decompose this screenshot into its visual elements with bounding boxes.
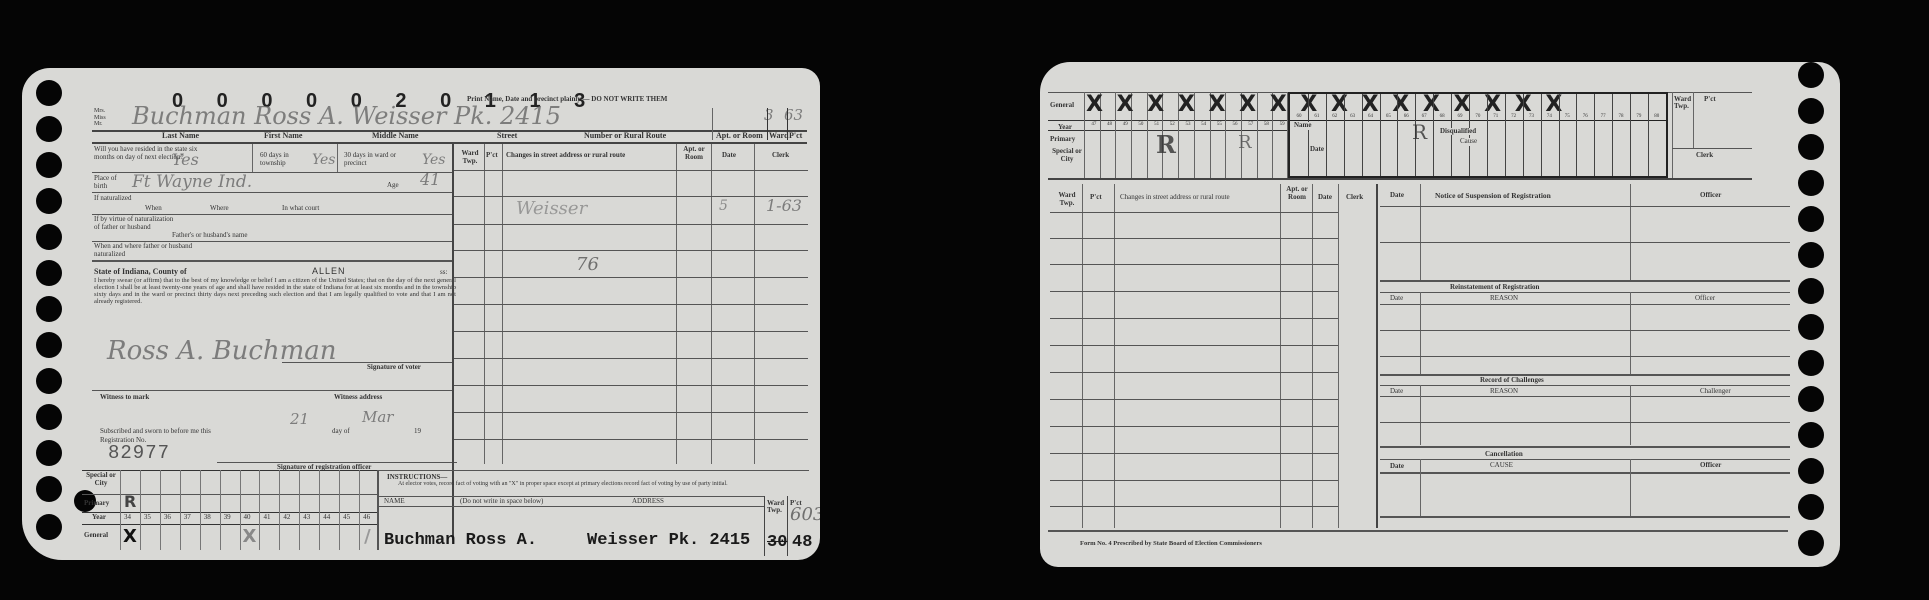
punch-hole [36, 260, 62, 286]
col-ward: Ward [769, 132, 789, 140]
punch-hole [36, 440, 62, 466]
age-label: Age [387, 182, 399, 190]
court-label: In what court [282, 205, 319, 213]
day-of-label: day of [332, 428, 350, 436]
year-label: 36 [164, 514, 171, 522]
punch-hole [36, 476, 62, 502]
reinstatement-date-label: Date [1390, 295, 1403, 303]
primary-mark: R [1238, 132, 1252, 153]
suspension-date-label: Date [1390, 192, 1404, 200]
col-date: Date [722, 152, 736, 160]
punch-hole [1798, 206, 1824, 232]
change-entry-number: 76 [576, 254, 599, 275]
clerk-label: Clerk [1696, 152, 1713, 159]
punch-hole [36, 368, 62, 394]
punch-hole [1798, 134, 1824, 160]
col-pct: P'ct [486, 152, 498, 160]
reinstatement-reason-label: REASON [1490, 295, 1518, 303]
year-grid-60-80: 6061626364656667686970717273747576777879… [1288, 92, 1668, 178]
row-label-general: General [1050, 102, 1074, 110]
col-pct: P'ct [789, 132, 802, 140]
ward-precinct-label: 30 days in ward or precinct [344, 152, 404, 167]
day-value: 21 [290, 410, 309, 428]
row-label-special: Special or City [1052, 148, 1082, 163]
residence-answer: Yes [172, 150, 199, 169]
punch-hole [36, 332, 62, 358]
change-entry-clerk: 1-63 [766, 196, 802, 215]
form-footer: Form No. 4 Prescribed by State Board of … [1080, 540, 1262, 547]
clerk-column: Clerk [1338, 184, 1378, 528]
punch-hole [1798, 62, 1824, 88]
row-label-primary: Primary [84, 500, 109, 508]
punch-hole [1798, 458, 1824, 484]
punch-hole [36, 514, 62, 540]
name-label: Name [1294, 122, 1312, 130]
cause-label: Cause [1460, 138, 1477, 146]
oath-text: I hereby swear (or affirm) that to the b… [94, 277, 456, 306]
change-entry-date: 5 [719, 198, 728, 214]
col-number-route: Number or Rural Route [584, 132, 666, 140]
right-records-panel: Date Notice of Suspension of Registratio… [1380, 184, 1800, 528]
year-label: 38 [204, 514, 211, 522]
col-date: Date [1318, 194, 1332, 202]
punch-hole [1798, 422, 1824, 448]
father-when-where-label: When and where father or husband natural… [94, 243, 194, 258]
subscribed-label: Subscribed and sworn to before me this [100, 428, 211, 436]
punch-hole [1798, 350, 1824, 376]
year-label: 46 [363, 514, 370, 522]
col-changes: Changes in street address or rural route [506, 152, 625, 160]
when-label: When [145, 205, 162, 213]
punch-hole [1798, 278, 1824, 304]
row-label-special: Special or City [84, 472, 118, 487]
col-apt-room: Apt. or Room [716, 132, 763, 140]
cancellation-officer-label: Officer [1700, 462, 1721, 470]
address-changes-table: Ward Twp. P'ct Changes in street address… [454, 144, 808, 539]
voting-history-grid: General Year Primary Special or City 474… [1048, 92, 1752, 182]
punch-hole [1798, 242, 1824, 268]
disqualified-label: Disqualified [1440, 128, 1476, 135]
row-label-primary: Primary [1050, 136, 1075, 144]
col-apt-room: Apt. or Room [1282, 186, 1312, 201]
col-clerk: Clerk [1346, 194, 1363, 202]
challenges-title: Record of Challenges [1480, 377, 1544, 384]
typed-ward: 30 [767, 533, 787, 552]
challenger-label: Challenger [1700, 388, 1731, 396]
handwritten-precinct: 603 [790, 504, 820, 525]
typed-name: Buchman Ross A. [384, 531, 537, 550]
address-changes-table: Ward Twp. P'ct Changes in street address… [1050, 184, 1338, 528]
year-label: 39 [224, 514, 231, 522]
instructions-text: At elector votes, record fact of voting … [398, 481, 798, 488]
typed-address: Weisser Pk. 2415 [587, 531, 750, 550]
birth-value: Ft Wayne Ind. [132, 172, 252, 192]
col-last-name: Last Name [162, 132, 199, 140]
do-not-write-label: (Do not write in space below) [460, 498, 543, 506]
punch-hole [1798, 98, 1824, 124]
year-label: 43 [303, 514, 310, 522]
oath-ss: ss: [440, 269, 447, 277]
punch-hole [36, 224, 62, 250]
punch-hole [1798, 530, 1824, 556]
cancellation-title: Cancellation [1485, 451, 1523, 458]
punch-hole [36, 296, 62, 322]
name-label: NAME [384, 498, 405, 506]
cancellation-cause-label: CAUSE [1490, 462, 1513, 470]
year-label: 45 [343, 514, 350, 522]
year-label: 44 [323, 514, 330, 522]
col-first-name: First Name [264, 132, 302, 140]
reinstatement-officer-label: Officer [1695, 295, 1715, 303]
father-name-label: Father's or husband's name [172, 232, 247, 240]
naturalized-label: If naturalized [94, 195, 134, 203]
challenges-date-label: Date [1390, 388, 1403, 396]
row-label-general: General [84, 532, 108, 540]
handwritten-name: Buchman Ross A. Weisser Pk. 2415 [132, 102, 561, 130]
col-apt-room: Apt. or Room [678, 146, 710, 161]
col-ward-twp: Ward Twp. [1052, 192, 1082, 207]
punch-hole [36, 152, 62, 178]
ward-precinct-answer: Yes [422, 152, 446, 168]
punch-hole [36, 188, 62, 214]
year-prefix: 19 [414, 428, 421, 436]
where-label: Where [210, 205, 229, 213]
punch-hole [1798, 314, 1824, 340]
punch-hole [36, 116, 62, 142]
year-label: 34 [124, 514, 131, 522]
year-labels-60-80: 6061626364656667686970717273747576777879… [1290, 114, 1666, 119]
date-label: Date [1310, 146, 1324, 154]
year-label: 41 [263, 514, 270, 522]
general-mark: / [364, 528, 371, 546]
title-prefix: Mrs. Miss Mr. [94, 108, 114, 128]
year-label: 35 [144, 514, 151, 522]
oath-state: State of Indiana, County of [94, 268, 187, 276]
punch-hole [36, 404, 62, 430]
year-label: 40 [244, 514, 251, 522]
cancellation-date-label: Date [1390, 463, 1404, 471]
voter-registration-card-back: General Year Primary Special or City 474… [1040, 62, 1840, 567]
challenges-reason-label: REASON [1490, 388, 1518, 396]
pct-label: P'ct [1704, 96, 1716, 103]
typed-precinct: 48 [792, 533, 812, 552]
col-pct: P'ct [1090, 194, 1102, 202]
handwritten-ward: 3 [764, 106, 774, 124]
col-changes: Changes in street address or rural route [1120, 194, 1230, 202]
witness-mark-label: Witness to mark [100, 394, 149, 401]
general-mark: X [123, 528, 137, 546]
reinstatement-title: Reinstatement of Registration [1450, 284, 1539, 291]
year-label: 42 [283, 514, 290, 522]
witness-address-label: Witness address [334, 394, 382, 401]
suspension-title: Notice of Suspension of Registration [1435, 192, 1551, 200]
voter-registration-card-front: 0 0 0 0 0 2 0 1 1 3 Print Name, Date and… [22, 68, 820, 560]
col-clerk: Clerk [772, 152, 789, 160]
township-answer: Yes [312, 152, 336, 168]
registration-number: 82977 [108, 442, 170, 464]
township-label: 60 days in township [260, 152, 310, 167]
col-street: Street [497, 132, 517, 140]
primary-mark: R [1156, 130, 1176, 159]
signature-label: Signature of voter [367, 364, 421, 371]
year-label: 37 [184, 514, 191, 522]
year-labels-47-59: 47484950515253545556575859 [1086, 122, 1290, 127]
voting-record-grid: Special or City Primary R Year General 3… [82, 470, 379, 550]
col-ward-twp: Ward Twp. [456, 150, 484, 165]
ward-twp-label: Ward Twp. [1674, 96, 1694, 110]
instructions-title: INSTRUCTIONS— [387, 474, 447, 481]
county-name: ALLEN [312, 266, 346, 276]
punch-hole [1798, 386, 1824, 412]
voting-year-columns: 34X 35 36 37 38 39 40X 41 42 43 44 45 46… [120, 470, 379, 550]
col-middle-name: Middle Name [372, 132, 418, 140]
month-value: Mar [362, 408, 393, 426]
change-entry-address: Weisser [516, 198, 587, 219]
age-value: 41 [420, 170, 440, 189]
punch-hole [36, 80, 62, 106]
general-mark: X [243, 528, 257, 546]
punch-hole [1798, 170, 1824, 196]
ward-twp-label: Ward Twp. [767, 500, 787, 514]
birth-label: Place of birth [94, 175, 124, 190]
punch-hole [1798, 494, 1824, 520]
row-label-year: Year [92, 514, 106, 522]
father-naturalization-label: If by virtue of naturalization of father… [94, 216, 174, 231]
address-label: ADDRESS [632, 498, 664, 506]
disqualified-mark: R [1412, 120, 1427, 144]
suspension-officer-label: Officer [1700, 192, 1721, 200]
